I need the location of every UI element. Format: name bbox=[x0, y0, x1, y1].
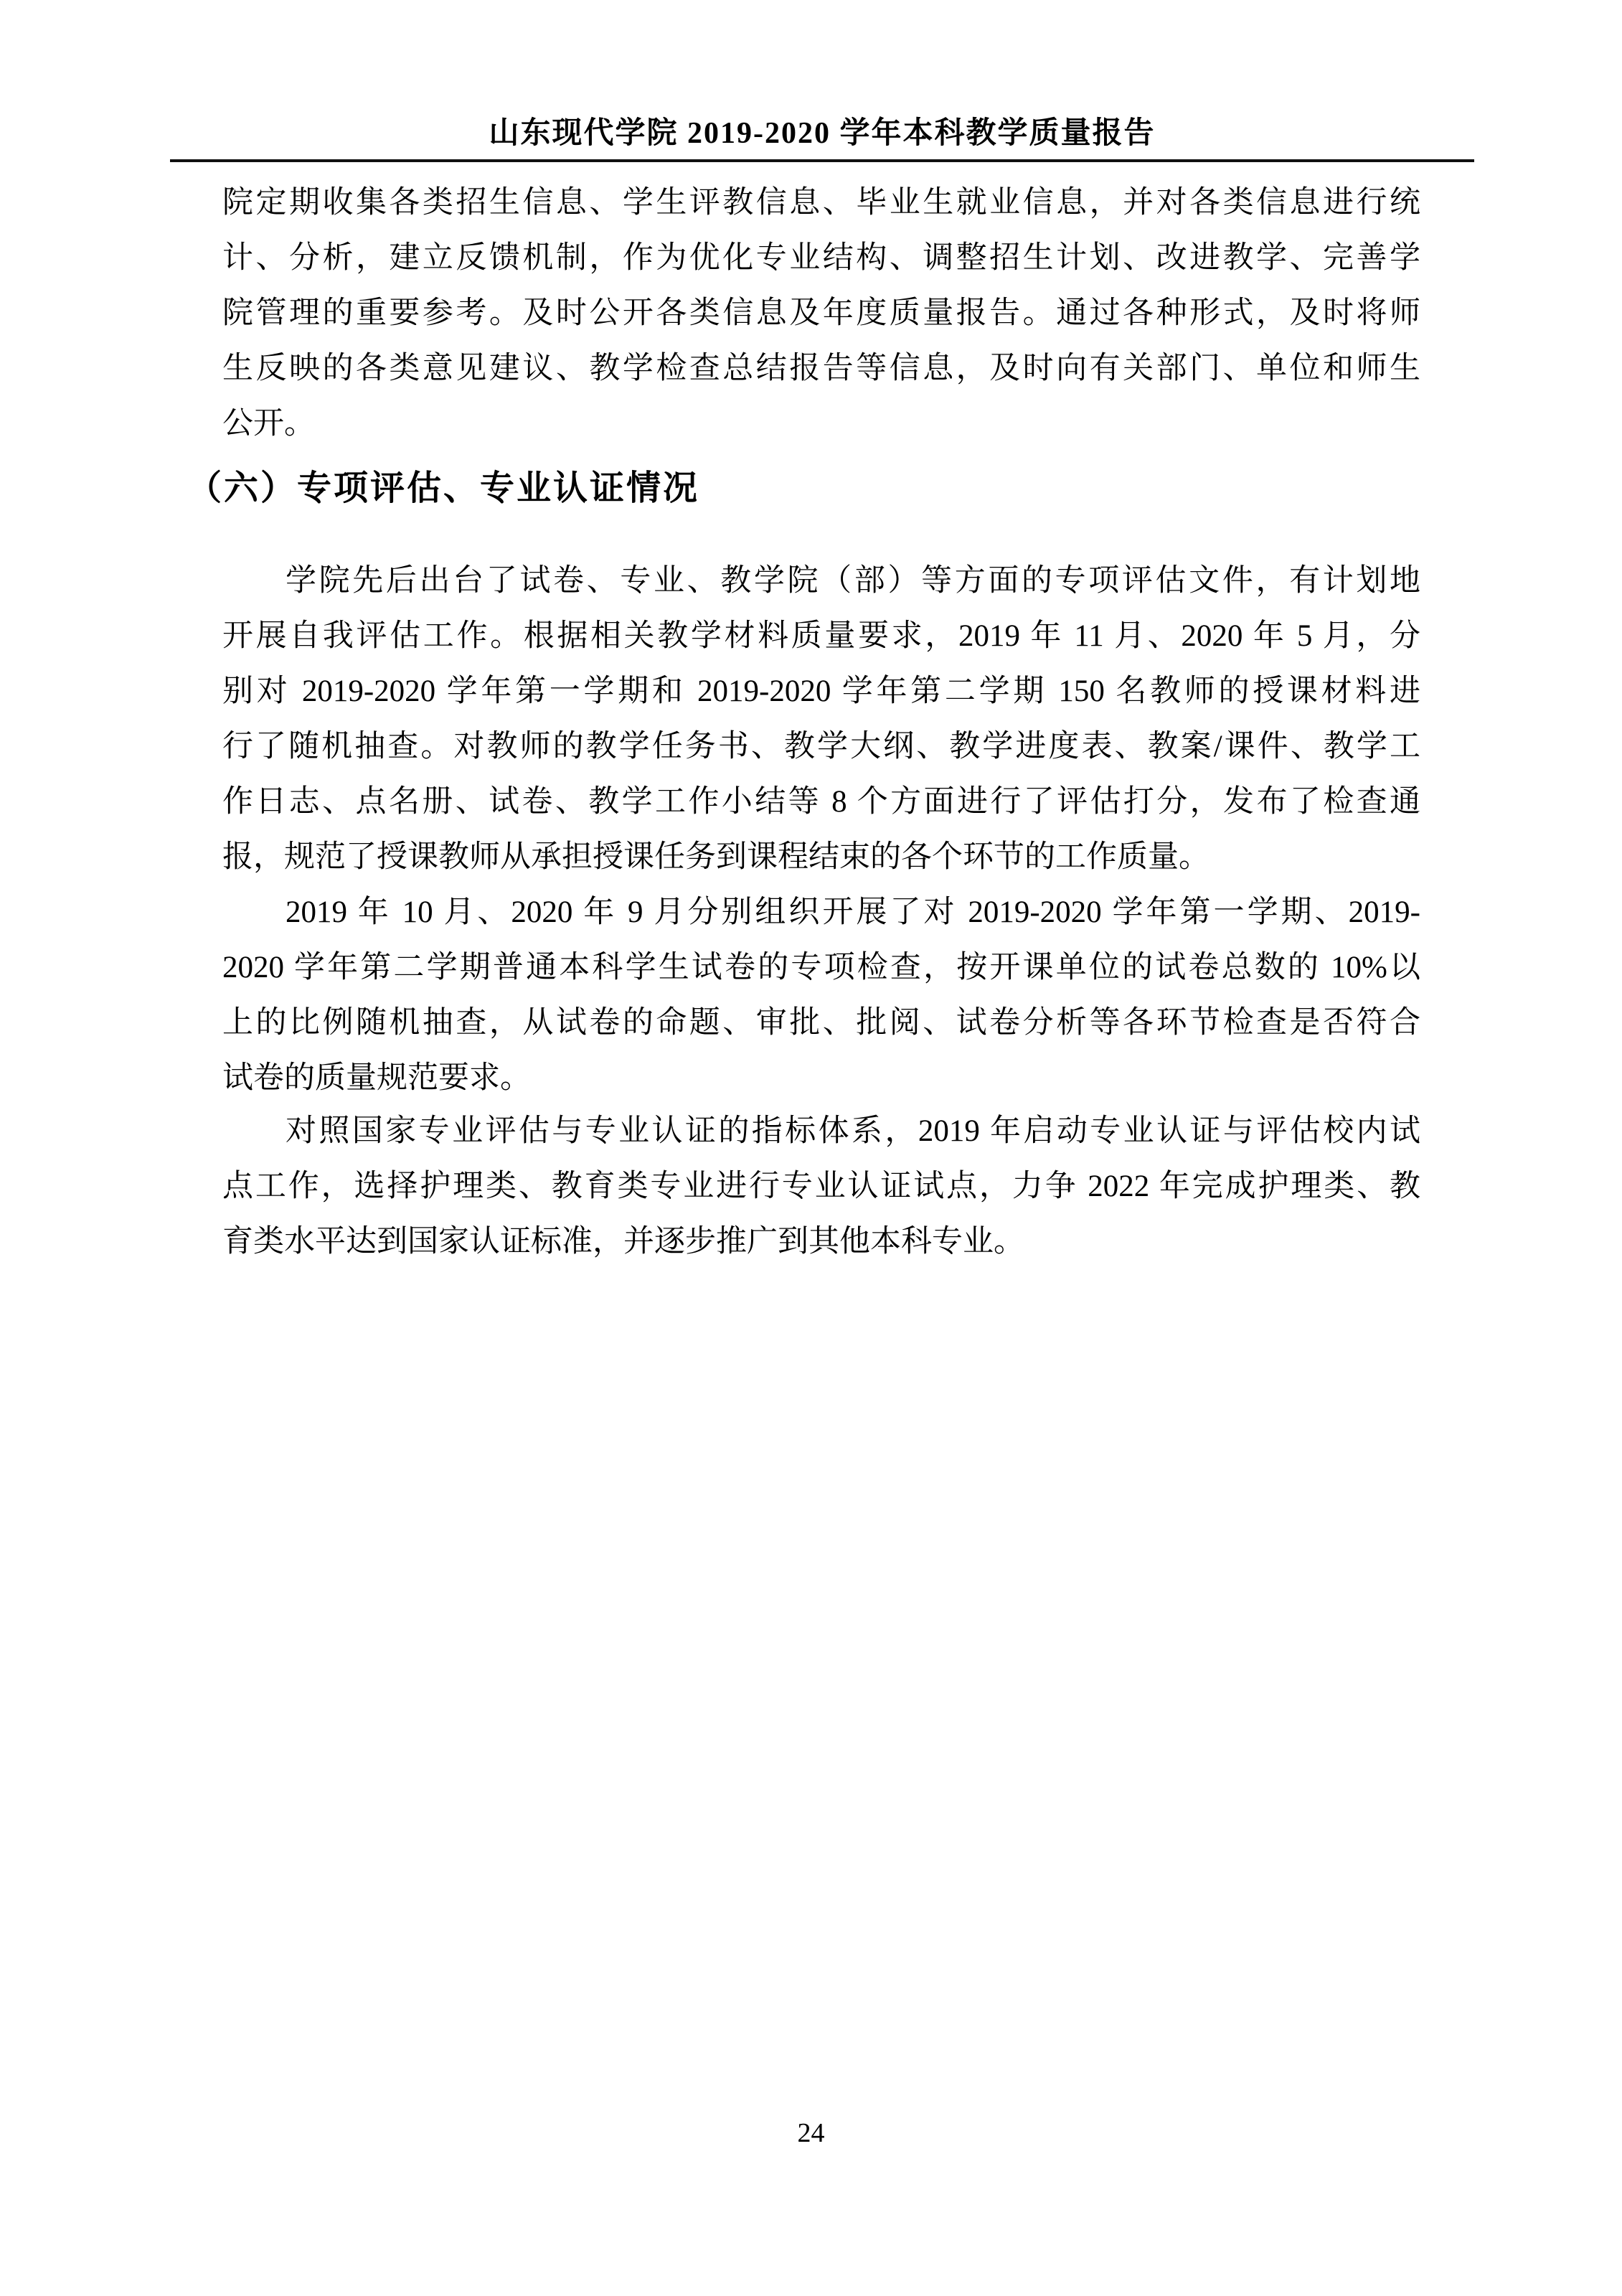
text-line: 试卷的质量规范要求。 bbox=[222, 1050, 1420, 1106]
text-line: 行了随机抽查。对教师的教学任务书、教学大纲、教学进度表、教案/课件、教学工 bbox=[222, 719, 1420, 774]
text-line: 报，规范了授课教师从承担授课任务到课程结束的各个环节的工作质量。 bbox=[222, 829, 1420, 885]
text-line: 育类水平达到国家认证标准，并逐步推广到其他本科专业。 bbox=[222, 1214, 1420, 1269]
text-line: 2020 学年第二学期普通本科学生试卷的专项检查，按开课单位的试卷总数的 10%… bbox=[222, 940, 1420, 995]
text-line: 作日志、点名册、试卷、教学工作小结等 8 个方面进行了评估打分，发布了检查通 bbox=[222, 774, 1420, 829]
text-line: 公开。 bbox=[222, 396, 1420, 451]
text-line: 开展自我评估工作。根据相关教学材料质量要求，2019 年 11 月、2020 年… bbox=[222, 608, 1420, 664]
text-line: 对照国家专业评估与专业认证的指标体系，2019 年启动专业认证与评估校内试 bbox=[222, 1104, 1420, 1159]
text-line: 学院先后出台了试卷、专业、教学院（部）等方面的专项评估文件，有计划地 bbox=[222, 553, 1420, 608]
header-rule bbox=[170, 159, 1474, 162]
text-line: 别对 2019-2020 学年第一学期和 2019-2020 学年第二学期 15… bbox=[222, 664, 1420, 719]
paragraph-3: 2019 年 10 月、2020 年 9 月分别组织开展了对 2019-2020… bbox=[222, 885, 1420, 1106]
text-line: 2019 年 10 月、2020 年 9 月分别组织开展了对 2019-2020… bbox=[222, 885, 1420, 940]
paragraph-2: 学院先后出台了试卷、专业、教学院（部）等方面的专项评估文件，有计划地 开展自我评… bbox=[222, 553, 1420, 885]
text-line: 院管理的重要参考。及时公开各类信息及年度质量报告。通过各种形式，及时将师 bbox=[222, 286, 1420, 341]
paragraph-4: 对照国家专业评估与专业认证的指标体系，2019 年启动专业认证与评估校内试 点工… bbox=[222, 1104, 1420, 1269]
text-line: 院定期收集各类招生信息、学生评教信息、毕业生就业信息，并对各类信息进行统 bbox=[222, 175, 1420, 230]
document-page: 山东现代学院 2019-2020 学年本科教学质量报告 院定期收集各类招生信息、… bbox=[0, 0, 1622, 2296]
text-line: 生反映的各类意见建议、教学检查总结报告等信息，及时向有关部门、单位和师生 bbox=[222, 341, 1420, 396]
report-title: 山东现代学院 2019-2020 学年本科教学质量报告 bbox=[170, 113, 1474, 154]
paragraph-1: 院定期收集各类招生信息、学生评教信息、毕业生就业信息，并对各类信息进行统 计、分… bbox=[222, 175, 1420, 451]
text-line: 计、分析，建立反馈机制，作为优化专业结构、调整招生计划、改进教学、完善学 bbox=[222, 230, 1420, 286]
page-number: 24 bbox=[0, 2117, 1622, 2150]
section-heading: （六）专项评估、专业认证情况 bbox=[187, 461, 699, 516]
text-line: 点工作，选择护理类、教育类专业进行专业认证试点，力争 2022 年完成护理类、教 bbox=[222, 1159, 1420, 1214]
text-line: 上的比例随机抽查，从试卷的命题、审批、批阅、试卷分析等各环节检查是否符合 bbox=[222, 995, 1420, 1050]
